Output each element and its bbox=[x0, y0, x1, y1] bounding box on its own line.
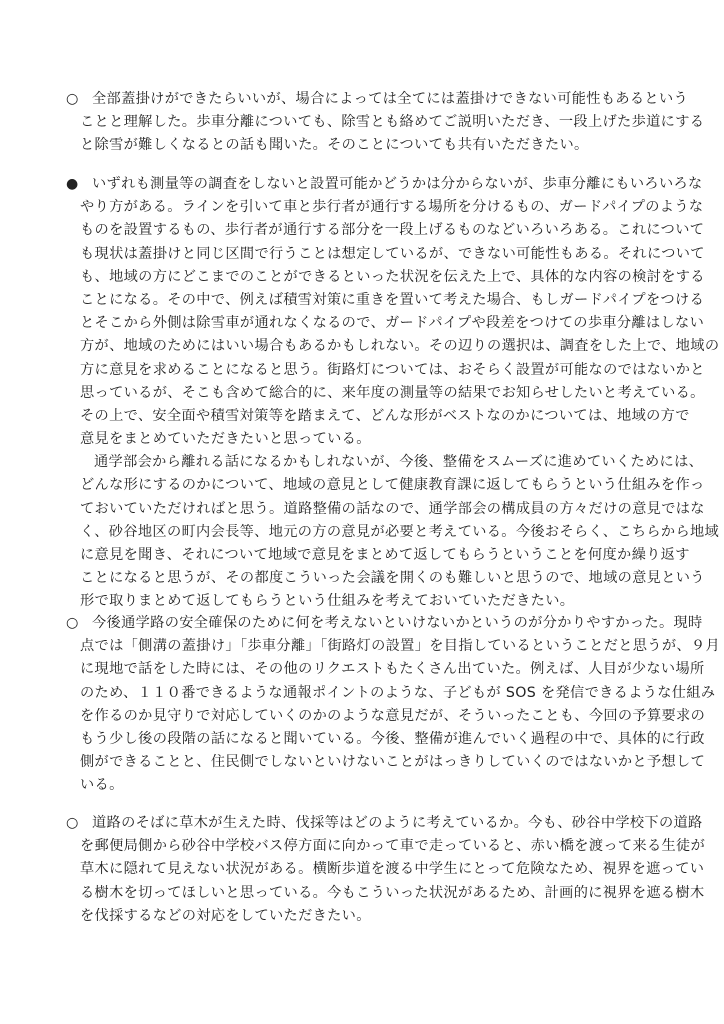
paragraph-line: に意見を聞き、それについて地域で意見をまとめて返してもらうということを何度か繰り… bbox=[66, 544, 664, 567]
paragraph-line: 意見をまとめていただきたいと思っている。 bbox=[66, 428, 664, 451]
response-paragraph: ●いずれも測量等の調査をしないと設置可能かどうかは分からないが、歩車分離にもいろ… bbox=[66, 173, 664, 614]
paragraph-line: ことになると思うが、その都度こういった会議を開くのも難しいと思うので、地域の意見… bbox=[66, 567, 664, 590]
paragraph-line: とそこから外側は除雪車が通れなくなるので、ガードパイプや段差をつけての歩車分離は… bbox=[66, 312, 664, 335]
paragraph-line: いる。 bbox=[66, 774, 664, 797]
comment-paragraph-1: ○全部蓋掛けができたらいいが、場合によっては全てには蓋掛けできない可能性もあると… bbox=[66, 88, 664, 158]
paragraph-line: も、地域の方にどこまでのことができるといった状況を伝えた上で、具体的な内容の検討… bbox=[66, 266, 664, 289]
hollow-circle-bullet-icon: ○ bbox=[66, 88, 92, 111]
paragraph-line: く、砂谷地区の町内会長等、地元の方の意見が必要と考えている。今後おそらく、こちら… bbox=[66, 521, 664, 544]
paragraph-line: ○道路のそばに草木が生えた時、伐採等はどのように考えているか。今も、砂谷中学校下… bbox=[66, 812, 664, 835]
paragraph-line: 形で取りまとめて返してもらうという仕組みを考えておいていただきたい。 bbox=[66, 590, 664, 613]
comment-paragraph-2: ○今後通学路の安全確保のために何を考えないといけないかというのが分かりやすかった… bbox=[66, 612, 664, 798]
paragraph-line: る樹木を切ってほしいと思っている。今もこういった状況があるため、計画的に視界を遮… bbox=[66, 882, 664, 905]
paragraph-line: ●いずれも測量等の調査をしないと設置可能かどうかは分からないが、歩車分離にもいろ… bbox=[66, 173, 664, 196]
paragraph-line: 草木に隠れて見えない状況がある。横断歩道を渡る中学生にとって危険なため、視界を遮… bbox=[66, 858, 664, 881]
paragraph-line: ○全部蓋掛けができたらいいが、場合によっては全てには蓋掛けできない可能性もあると… bbox=[66, 88, 664, 111]
paragraph-line: その上で、安全面や積雪対策等を踏まえて、どんな形がベストなのかについては、地域の… bbox=[66, 405, 664, 428]
paragraph-line: を作るのか見守りで対応していくのかのような意見だが、そういったことも、今回の予算… bbox=[66, 705, 664, 728]
paragraph-line: ことになる。その中で、例えば積雪対策に重きを置いて考えた場合、もしガードパイプを… bbox=[66, 289, 664, 312]
paragraph-line: ことと理解した。歩車分離についても、除雪とも絡めてご説明いただき、一段上げた歩道… bbox=[66, 111, 664, 134]
paragraph-line: 方が、地域のためにはいい場合もあるかもしれない。その辺りの選択は、調査をした上で… bbox=[66, 335, 664, 358]
paragraph-line: ておいていただければと思う。道路整備の話なので、通学部会の構成員の方々だけの意見… bbox=[66, 498, 664, 521]
hollow-circle-bullet-icon: ○ bbox=[66, 612, 92, 635]
paragraph-line: 側ができることと、住民側でしないといけないことがはっきりしていくのではないかと予… bbox=[66, 751, 664, 774]
paragraph-line: に現地で話をした時には、その他のリクエストもたくさん出ていた。例えば、人目が少な… bbox=[66, 658, 664, 681]
paragraph-line: 思っているが、そこも含めて総合的に、来年度の測量等の結果でお知らせしたいと考えて… bbox=[66, 382, 664, 405]
paragraph-line: もう少し後の段階の話になると聞いている。今後、整備が進んでいく過程の中で、具体的… bbox=[66, 728, 664, 751]
paragraph-line: を伐採するなどの対応をしていただきたい。 bbox=[66, 905, 664, 928]
paragraph-line: も現状は蓋掛けと同じ区間で行うことは想定しているが、できない可能性もある。それに… bbox=[66, 243, 664, 266]
paragraph-line: と除雪が難しくなるとの話も聞いた。そのことについても共有いただきたい。 bbox=[66, 134, 664, 157]
paragraph-line: やり方がある。ラインを引いて車と歩行者が通行する場所を分けるもの、ガードパイプの… bbox=[66, 196, 664, 219]
paragraph-line: 通学部会から離れる話になるかもしれないが、今後、整備をスムーズに進めていくために… bbox=[66, 451, 664, 474]
paragraph-line: ○今後通学路の安全確保のために何を考えないといけないかというのが分かりやすかった… bbox=[66, 612, 664, 635]
paragraph-line: 方に意見を求めることになると思う。街路灯については、おそらく設置が可能なのではな… bbox=[66, 359, 664, 382]
paragraph-line: 点では「側溝の蓋掛け」「歩車分離」「街路灯の設置」を目指しているということだと思… bbox=[66, 635, 664, 658]
filled-circle-bullet-icon: ● bbox=[66, 173, 92, 196]
paragraph-line: どんな形にするのかについて、地域の意見として健康教育課に返してもらうという仕組み… bbox=[66, 474, 664, 497]
comment-paragraph-3: ○道路のそばに草木が生えた時、伐採等はどのように考えているか。今も、砂谷中学校下… bbox=[66, 812, 664, 928]
paragraph-line: を郵便局側から砂谷中学校バス停方面に向かって車で走っていると、赤い橋を渡って来る… bbox=[66, 835, 664, 858]
document-page: ○全部蓋掛けができたらいいが、場合によっては全てには蓋掛けできない可能性もあると… bbox=[0, 0, 724, 1024]
paragraph-line: ものを設置するもの、歩行者が通行する部分を一段上げるものなどいろいろある。これに… bbox=[66, 219, 664, 242]
hollow-circle-bullet-icon: ○ bbox=[66, 812, 92, 835]
paragraph-line: のため、１１０番できるような通報ポイントのような、子どもが SOS を発信できる… bbox=[66, 682, 664, 705]
